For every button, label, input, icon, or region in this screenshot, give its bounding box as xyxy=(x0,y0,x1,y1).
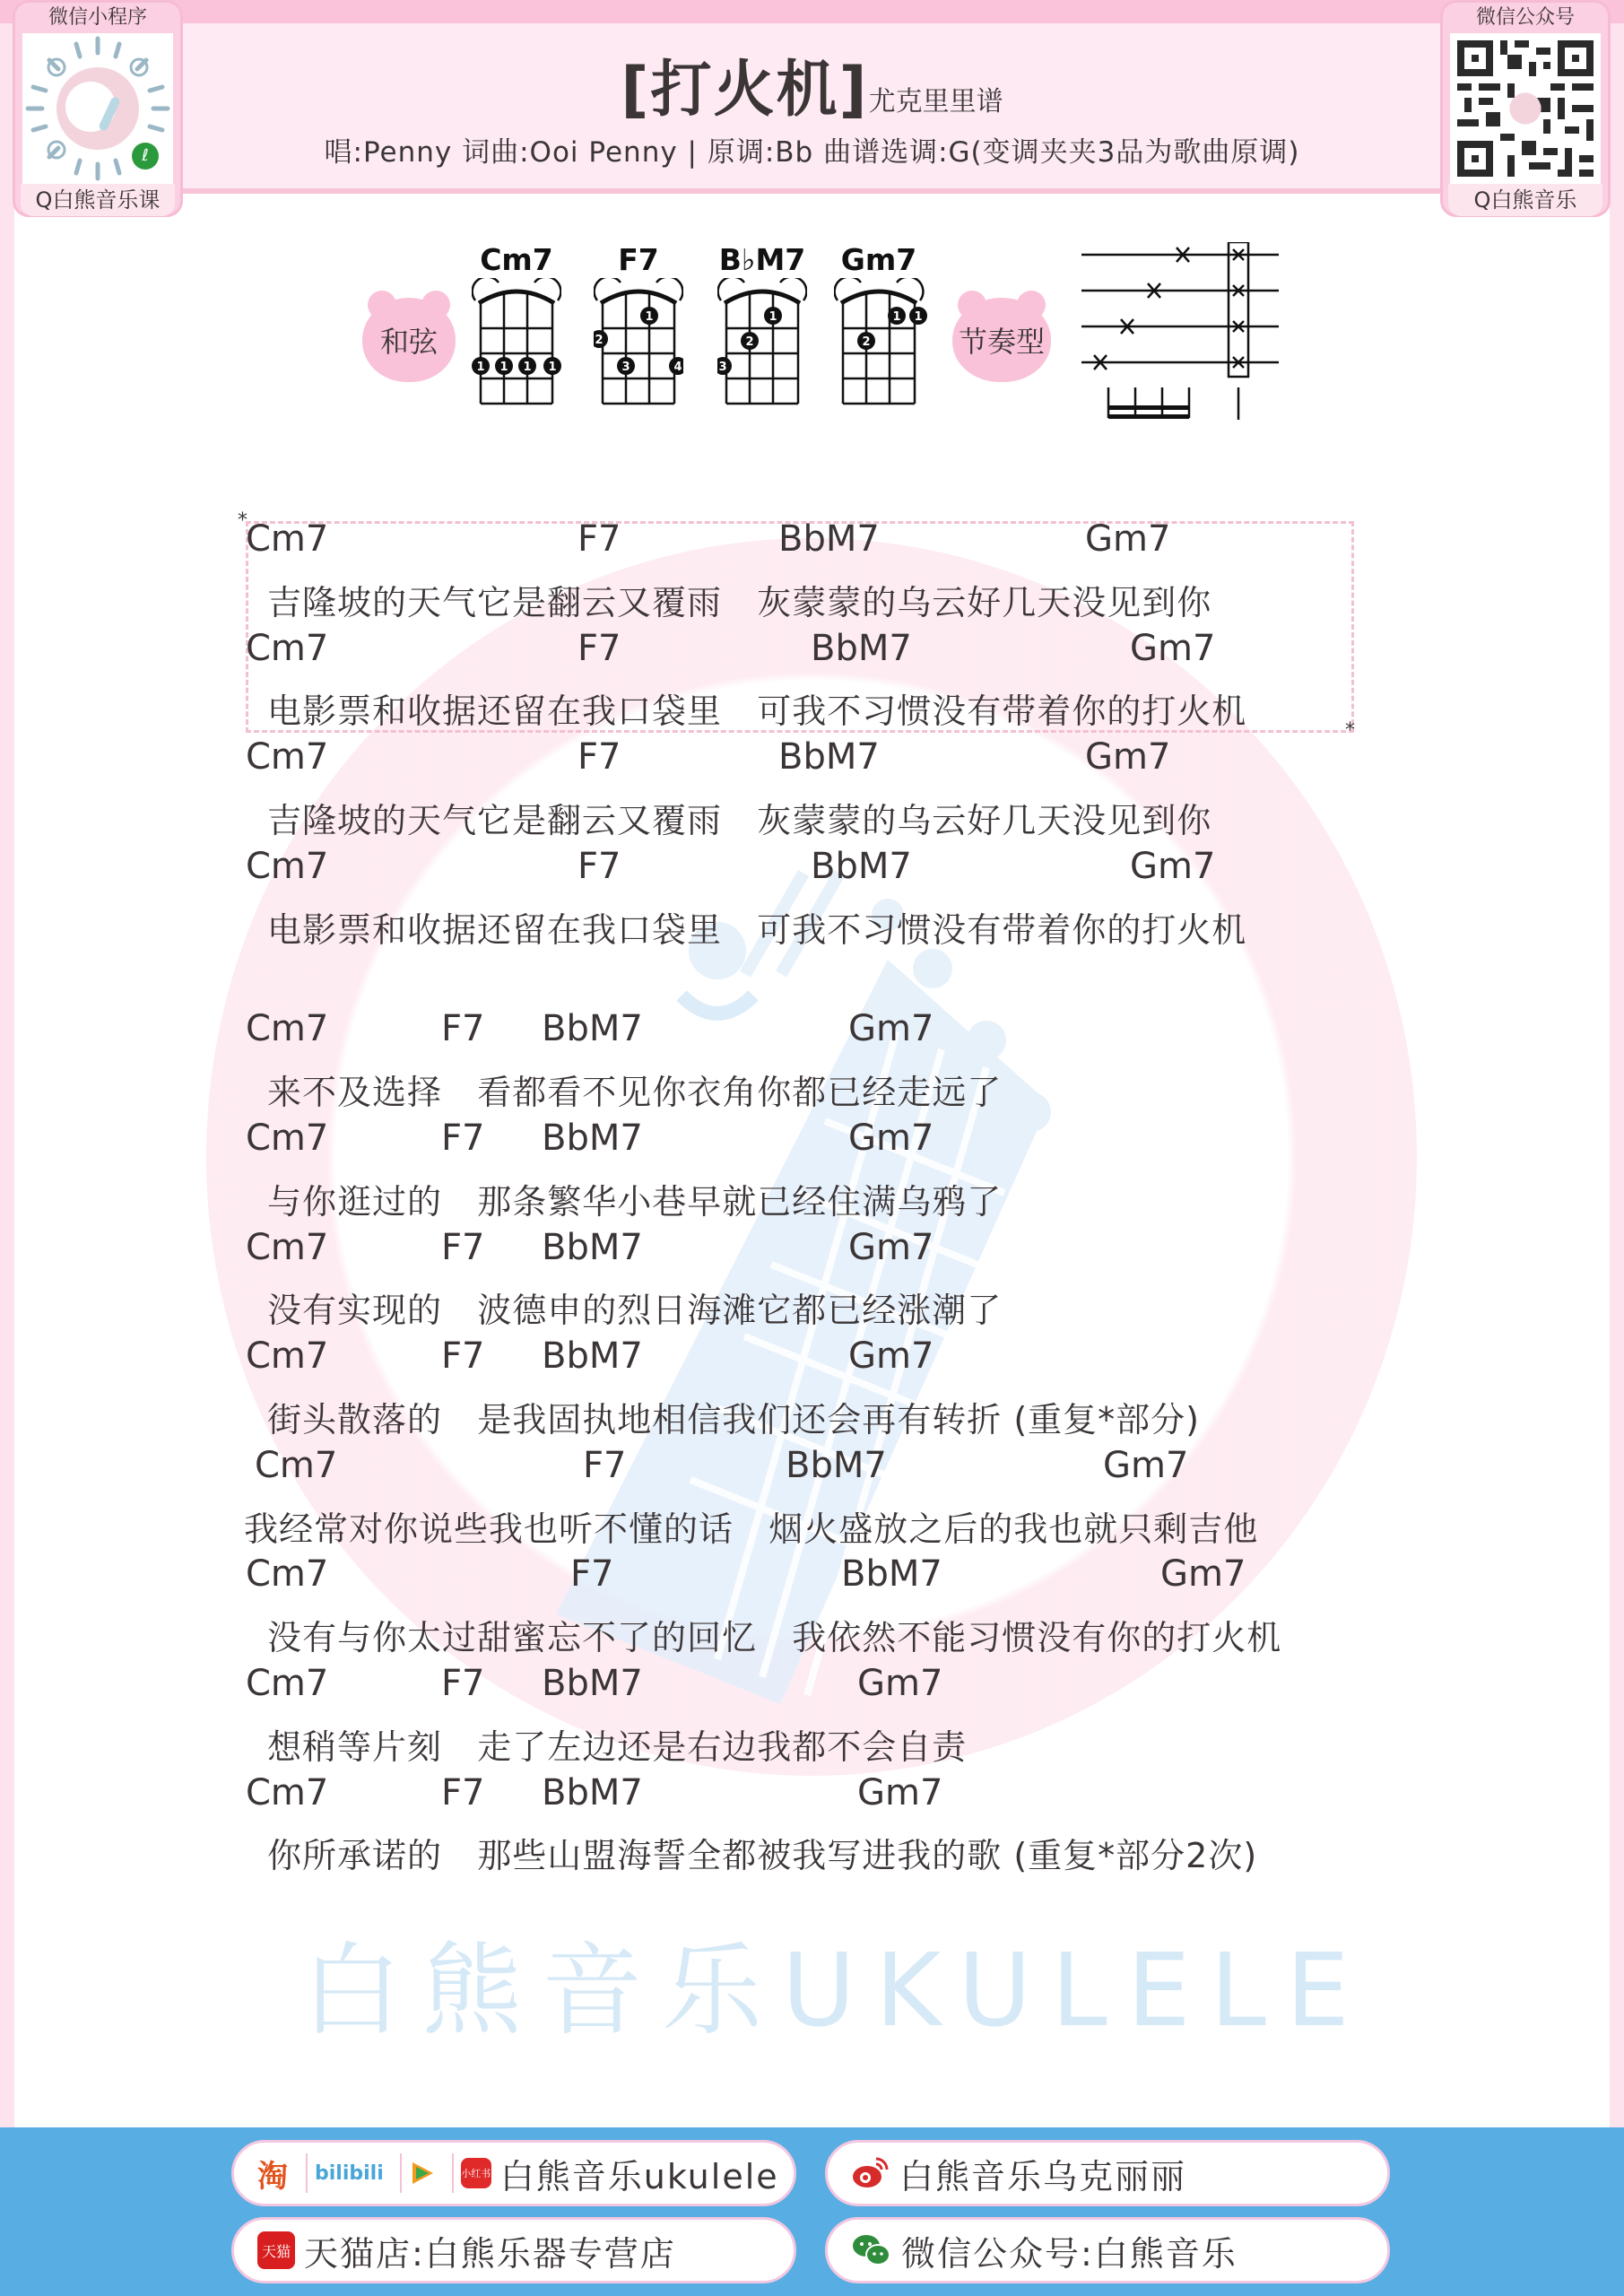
chord-grid-icon: 1111 xyxy=(472,278,561,413)
chord-line: Cm7F7BbM7Gm7 xyxy=(242,1439,1408,1494)
chord-line: Cm7F7BbM7Gm7 xyxy=(242,840,1408,895)
divider xyxy=(306,2153,308,2193)
qr-label-top: 微信公众号 xyxy=(1443,3,1608,33)
chord-grid-icon: 112 xyxy=(834,278,933,413)
chord-symbol: Gm7 xyxy=(1130,846,1215,887)
wechat-icon xyxy=(851,2232,892,2268)
chord-symbol: F7 xyxy=(441,1663,484,1704)
svg-text:1: 1 xyxy=(892,310,900,324)
chords-label: 和弦 xyxy=(380,319,438,361)
pill-text: 白熊音乐乌克丽丽 xyxy=(899,2149,1186,2198)
pill-text: 天猫店:白熊乐器专营店 xyxy=(304,2226,676,2275)
chord-symbol: Gm7 xyxy=(1160,1553,1246,1595)
chords-label-badge: 和弦 xyxy=(362,298,456,382)
qr-label-top: 微信小程序 xyxy=(15,3,180,33)
rhythm-label-badge: 节奏型 xyxy=(952,298,1051,382)
chord-symbol: F7 xyxy=(441,1008,484,1049)
chord-line: Cm7F7BbM7Gm7 xyxy=(242,1003,1408,1057)
svg-text:2: 2 xyxy=(862,335,870,349)
chord-symbol: F7 xyxy=(570,1553,613,1595)
section-gap xyxy=(242,949,1408,1003)
chord-diagram-bbm7: B♭M7 123 xyxy=(717,242,807,422)
rhythm-label: 节奏型 xyxy=(959,319,1045,361)
chord-section: 和弦 Cm7 1111 F7 xyxy=(359,242,1300,422)
lyric-line: 电影票和收据还留在我口袋里 可我不习惯没有带着你的打火机 xyxy=(242,895,1408,950)
chord-name: F7 xyxy=(594,242,683,277)
wechat-qr-code[interactable] xyxy=(1450,33,1601,184)
social-pill-weibo[interactable]: 白熊音乐乌克丽丽 xyxy=(825,2140,1390,2206)
chord-symbol: Gm7 xyxy=(1085,736,1170,778)
divider xyxy=(400,2153,402,2193)
song-meta: 唱:Penny 词曲:Ooi Penny | 原调:Bb 曲谱选调:G(变调夹夹… xyxy=(14,129,1610,170)
wechat-official-qr-card[interactable]: 微信公众号 xyxy=(1440,0,1611,217)
chord-symbol: Cm7 xyxy=(246,518,328,560)
chord-diagram-gm7: Gm7 112 xyxy=(834,242,924,422)
chord-symbol: BbM7 xyxy=(542,1118,643,1159)
svg-text:3: 3 xyxy=(621,361,630,374)
mini-program-icon: ℓ xyxy=(132,143,159,170)
tmall-icon: 天猫 xyxy=(257,2231,295,2269)
chord-symbol: F7 xyxy=(441,1335,484,1377)
chord-symbol: F7 xyxy=(583,1445,626,1486)
chord-line: Cm7F7BbM7Gm7 xyxy=(242,1112,1408,1167)
chord-line: Cm7F7BbM7Gm7 xyxy=(242,1330,1408,1385)
chord-symbol: BbM7 xyxy=(778,736,880,778)
chord-symbol: Cm7 xyxy=(246,1227,328,1268)
chord-symbol: Cm7 xyxy=(246,736,328,778)
lyric-line: 没有实现的 波德申的烈日海滩它都已经涨潮了 xyxy=(242,1275,1408,1330)
tencent-video-icon xyxy=(409,2160,436,2187)
chord-symbol: BbM7 xyxy=(786,1445,887,1486)
chord-name: Cm7 xyxy=(472,242,561,277)
taobao-icon: 淘 xyxy=(257,2152,290,2196)
title-suffix: 尤克里里谱 xyxy=(869,86,1003,117)
chord-symbol: Cm7 xyxy=(246,846,328,887)
chord-line: Cm7F7BbM7Gm7 xyxy=(242,1767,1408,1822)
chord-symbol: BbM7 xyxy=(811,846,912,887)
chord-symbol: Gm7 xyxy=(857,1663,942,1704)
social-pill-video-platforms[interactable]: 淘 bilibili 小红书 白熊音乐ukulele xyxy=(231,2140,796,2206)
lyric-line: 与你逛过的 那条繁华小巷早就已经住满乌鸦了 xyxy=(242,1167,1408,1222)
chord-line: Cm7F7BbM7Gm7 xyxy=(242,622,1408,677)
strum-pattern-icon xyxy=(1064,242,1333,430)
svg-text:1: 1 xyxy=(645,310,653,324)
chord-sheet-page: 白熊音乐UKULELE [打火机]尤克里里谱 唱:Penny 词曲:Ooi Pe… xyxy=(0,0,1624,2296)
watermark-brand-text: 白熊音乐UKULELE xyxy=(301,1910,1369,2055)
chord-name: B♭M7 xyxy=(717,242,807,277)
bilibili-icon: bilibili xyxy=(315,2162,384,2185)
chord-symbol: F7 xyxy=(578,628,621,669)
lyric-line: 没有与你太过甜蜜忘不了的回忆 我依然不能习惯没有你的打火机 xyxy=(242,1603,1408,1657)
chord-symbol: BbM7 xyxy=(778,518,880,560)
pill-text: 白熊音乐ukulele xyxy=(500,2149,779,2198)
chord-diagram-f7: F7 1234 xyxy=(594,242,683,422)
chord-line: Cm7F7BbM7Gm7 xyxy=(242,1657,1408,1712)
svg-text:2: 2 xyxy=(745,335,753,349)
chord-symbol: F7 xyxy=(578,518,621,560)
left-border xyxy=(0,0,14,2127)
right-border xyxy=(1610,0,1624,2127)
lyric-line: 吉隆坡的天气它是翻云又覆雨 灰蒙蒙的乌云好几天没见到你 xyxy=(242,568,1408,622)
header-top-strip xyxy=(0,0,1624,23)
pill-text: 微信公众号:白熊音乐 xyxy=(901,2226,1238,2275)
weibo-icon xyxy=(851,2155,890,2191)
svg-text:1: 1 xyxy=(769,310,777,324)
chord-symbol: Cm7 xyxy=(246,1553,328,1595)
chord-symbol: F7 xyxy=(578,846,621,887)
header: [打火机]尤克里里谱 唱:Penny 词曲:Ooi Penny | 原调:Bb … xyxy=(14,23,1610,194)
chord-symbol: Gm7 xyxy=(848,1227,934,1268)
svg-text:1: 1 xyxy=(523,361,531,374)
chord-symbol: Cm7 xyxy=(246,1118,328,1159)
chord-symbol: Cm7 xyxy=(255,1445,337,1486)
svg-text:3: 3 xyxy=(718,361,726,374)
chord-symbol: BbM7 xyxy=(811,628,912,669)
lyrics-sheet: Cm7F7BbM7Gm7吉隆坡的天气它是翻云又覆雨 灰蒙蒙的乌云好几天没见到你C… xyxy=(242,513,1408,1875)
chord-symbol: Gm7 xyxy=(1085,518,1170,560)
lyric-line: 街头散落的 是我固执地相信我们还会再有转折 (重复*部分) xyxy=(242,1385,1408,1439)
svg-text:1: 1 xyxy=(476,361,484,374)
chord-line: Cm7F7BbM7Gm7 xyxy=(242,513,1408,568)
chord-symbol: Cm7 xyxy=(246,1008,328,1049)
footer: 淘 bilibili 小红书 白熊音乐ukulele 白熊音乐乌克丽丽 天猫 天… xyxy=(0,2127,1624,2296)
chord-symbol: BbM7 xyxy=(542,1008,643,1049)
chord-symbol: Cm7 xyxy=(246,1335,328,1377)
chord-symbol: Cm7 xyxy=(246,1772,328,1813)
chord-symbol: Gm7 xyxy=(857,1772,942,1813)
chord-symbol: Cm7 xyxy=(246,628,328,669)
chord-symbol: BbM7 xyxy=(841,1553,942,1595)
chord-symbol: BbM7 xyxy=(542,1335,643,1377)
chord-symbol: BbM7 xyxy=(542,1227,643,1268)
chord-diagram-cm7: Cm7 1111 xyxy=(472,242,561,422)
xiaohongshu-icon: 小红书 xyxy=(461,2158,491,2188)
chord-name: Gm7 xyxy=(834,242,924,277)
divider xyxy=(452,2153,454,2193)
social-pill-wechat[interactable]: 微信公众号:白熊音乐 xyxy=(825,2217,1390,2283)
chord-symbol: Cm7 xyxy=(246,1663,328,1704)
qr-code-icon xyxy=(1450,33,1601,184)
chord-symbol: F7 xyxy=(441,1118,484,1159)
chord-symbol: BbM7 xyxy=(542,1663,643,1704)
chord-symbol: Gm7 xyxy=(848,1335,934,1377)
chord-grid-icon: 1234 xyxy=(594,278,683,413)
svg-text:1: 1 xyxy=(548,361,556,374)
lyric-line: 电影票和收据还留在我口袋里 可我不习惯没有带着你的打火机 xyxy=(242,676,1408,731)
lyric-line: 吉隆坡的天气它是翻云又覆雨 灰蒙蒙的乌云好几天没见到你 xyxy=(242,786,1408,840)
social-pill-tmall[interactable]: 天猫 天猫店:白熊乐器专营店 xyxy=(231,2217,796,2283)
chord-symbol: BbM7 xyxy=(542,1772,643,1813)
qr-label-bottom: Q白熊音乐课 xyxy=(21,184,175,216)
chord-symbol: Gm7 xyxy=(848,1118,934,1159)
svg-text:1: 1 xyxy=(914,310,922,324)
title-row: [打火机]尤克里里谱 xyxy=(14,41,1610,128)
svg-text:1: 1 xyxy=(499,361,508,374)
chord-symbol: F7 xyxy=(578,736,621,778)
mini-program-qr-card[interactable]: 微信小程序 ℓ xyxy=(13,0,183,217)
lyric-line: 来不及选择 看都看不见你衣角你都已经走远了 xyxy=(242,1057,1408,1112)
lyric-line: 想稍等片刻 走了左边还是右边我都不会自责 xyxy=(242,1712,1408,1767)
chord-symbol: Gm7 xyxy=(848,1008,934,1049)
lyric-line: 你所承诺的 那些山盟海誓全都被我写进我的歌 (重复*部分2次) xyxy=(242,1821,1408,1875)
svg-text:2: 2 xyxy=(595,334,603,347)
song-title: [打火机] xyxy=(621,55,868,126)
lyric-line: 我经常对你说些我也听不懂的话 烟火盛放之后的我也就只剩吉他 xyxy=(242,1494,1408,1549)
chord-symbol: F7 xyxy=(441,1227,484,1268)
chord-line: Cm7F7BbM7Gm7 xyxy=(242,731,1408,786)
lyrics-container: Cm7F7BbM7Gm7吉隆坡的天气它是翻云又覆雨 灰蒙蒙的乌云好几天没见到你C… xyxy=(242,513,1408,1875)
svg-text:4: 4 xyxy=(673,361,682,374)
chord-symbol: Gm7 xyxy=(1130,628,1215,669)
chord-symbol: Gm7 xyxy=(1103,1445,1188,1486)
mini-program-qr-code[interactable]: ℓ xyxy=(22,33,173,184)
chord-line: Cm7F7BbM7Gm7 xyxy=(242,1222,1408,1276)
chord-grid-icon: 123 xyxy=(717,278,807,413)
chord-symbol: F7 xyxy=(441,1772,484,1813)
qr-label-bottom: Q白熊音乐 xyxy=(1448,184,1602,216)
chord-line: Cm7F7BbM7Gm7 xyxy=(242,1548,1408,1603)
